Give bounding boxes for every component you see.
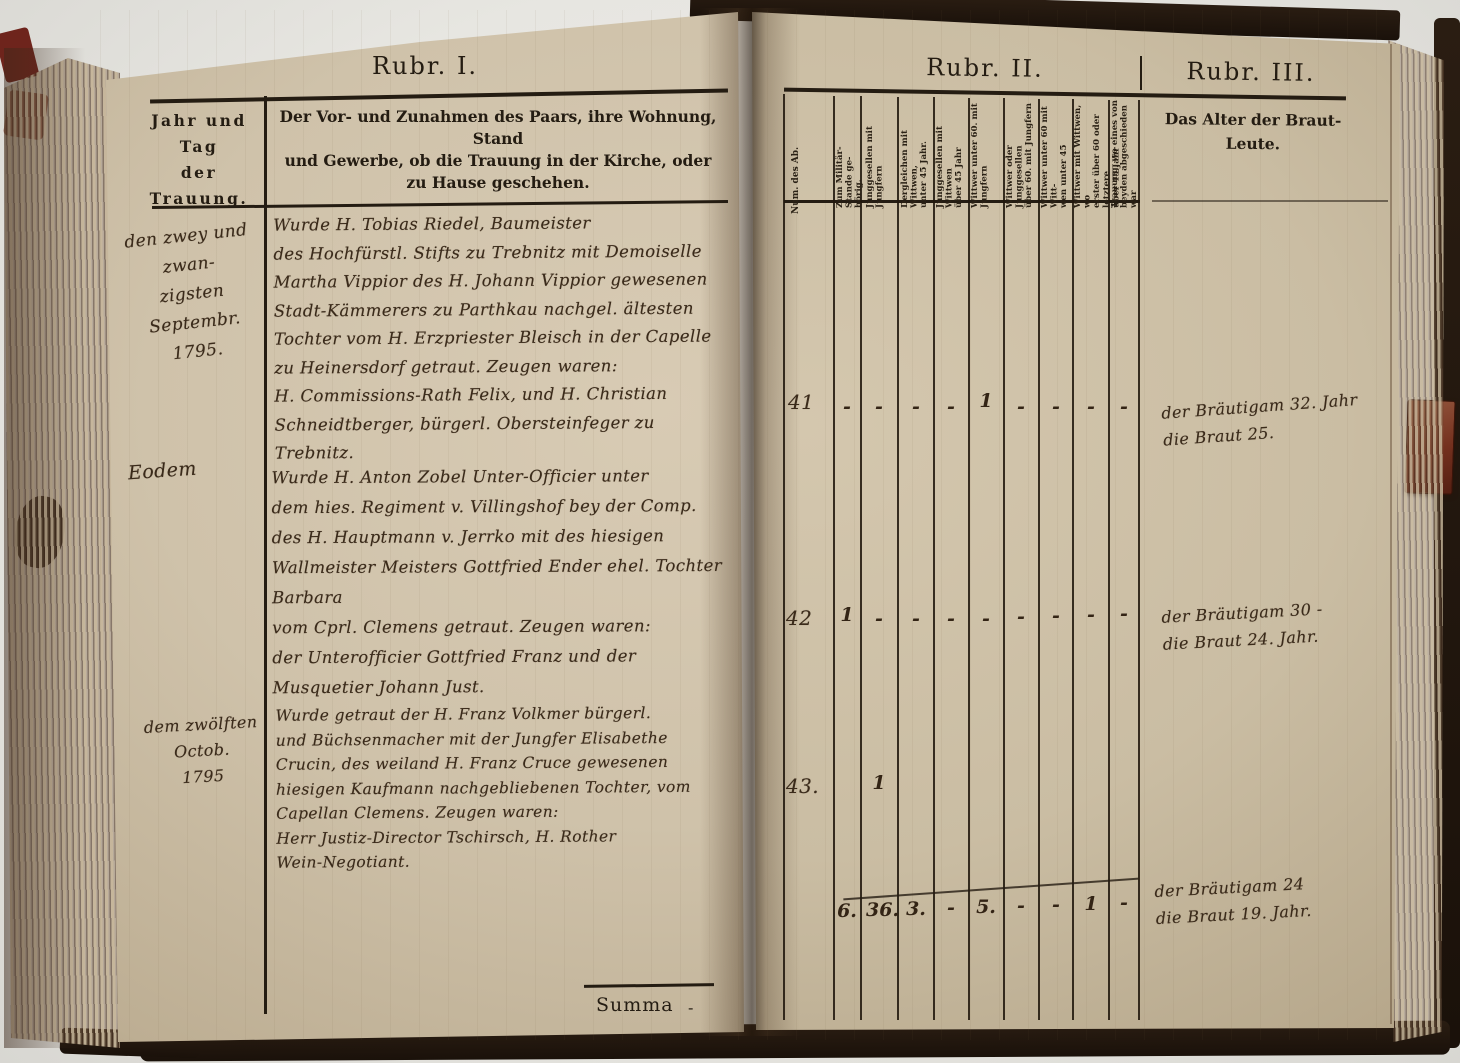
table-line-3 xyxy=(897,97,899,1020)
row-42-mark-cell: - xyxy=(973,608,999,630)
right-page-fore-edge xyxy=(1390,44,1392,1024)
row-43-number: 43. xyxy=(786,774,819,798)
rubric-2-title: Rubr. II. xyxy=(890,53,1080,84)
table-line-9 xyxy=(1108,100,1110,1020)
stat-col-header-wittwer-ueber60-jungfern: Wittwer oder Junggesellen über 60. mit J… xyxy=(1006,98,1035,208)
row-41-mark-cell: - xyxy=(834,396,860,418)
summa-suffix-dash: - xyxy=(688,998,693,1017)
summa-value-cell: - xyxy=(1043,894,1069,916)
summa-value-cell: 36. xyxy=(866,899,892,921)
row-42-mark-cell: - xyxy=(938,608,964,630)
table-line-7 xyxy=(1038,99,1040,1020)
summa-value-cell: 5. xyxy=(973,896,999,918)
table-line-10 xyxy=(1138,100,1140,1020)
stat-col-header-wittwer-wittwen-aeltere: Wittwer mit Wittwen, wo erster über 60 o… xyxy=(1074,98,1105,208)
row-41-mark-cell: - xyxy=(938,396,964,418)
rubric-title-divider xyxy=(1140,56,1142,90)
table-line-2 xyxy=(860,96,862,1020)
rubric3-header-bottom-rule xyxy=(1152,200,1388,202)
row-41-number: 41 xyxy=(788,390,814,414)
summa-label: Summa xyxy=(596,994,674,1016)
rubric-3-title: Rubr. III. xyxy=(1156,57,1346,88)
summa-value-cell: - xyxy=(938,897,964,919)
stat-col-header-junggesellen-jungfern: Junggesellen mit Jungfern xyxy=(866,98,894,208)
row-41-mark-cell: - xyxy=(1043,396,1069,418)
row-41-mark-cell: - xyxy=(1111,396,1137,418)
table-line-6 xyxy=(1003,98,1005,1020)
table-line-5 xyxy=(968,98,970,1020)
num-column-header: Num. des Ab. xyxy=(792,128,826,214)
stat-col-header-junggesellen-wittwen-ueber45: Junggesellen mit Wittwen über 45 Jahr xyxy=(936,98,965,208)
alter-column-header: Das Alter der Braut- Leute. xyxy=(1150,107,1356,157)
summa-value-cell: 3. xyxy=(903,898,929,920)
date-column-header: Jahr und Tag der Trauung. xyxy=(135,108,263,212)
entry-1-date: den zwey und zwan- zigsten Septembr. 179… xyxy=(105,214,279,375)
row-42-mark-cell: - xyxy=(903,608,929,630)
table-line-4 xyxy=(933,97,935,1020)
entry-2-text: Wurde H. Anton Zobel Unter-Officier unte… xyxy=(271,461,750,703)
row-41-mark-cell: - xyxy=(1078,396,1104,418)
entry-1-text: Wurde H. Tobias Riedel, Baumeister des H… xyxy=(273,208,737,468)
stat-col-header-wittwer-unter60-jungfern: Wittwer unter 60. mit Jungfern xyxy=(971,98,1000,208)
table-line-1 xyxy=(833,96,835,1020)
summa-value-cell: 6. xyxy=(834,900,860,922)
stat-col-header-militair: Zum Militär- Stande ge- hörig. xyxy=(836,98,860,208)
row-42-mark-cell: - xyxy=(866,608,892,630)
table-line-0 xyxy=(783,94,785,1020)
row-42-mark-cell: - xyxy=(1008,606,1034,628)
row-41-mark-cell: - xyxy=(866,396,892,418)
stat-col-header-wittwer-wittwen-unter45: Wittwer unter 60 mit Witt- wen unter 45 xyxy=(1041,98,1069,208)
row-42-mark-cell: 1 xyxy=(834,604,860,626)
summa-value-cell: 1 xyxy=(1078,893,1104,915)
entry-3-text: Wurde getraut der H. Franz Volkmer bürge… xyxy=(275,700,764,875)
photographed-register-book: Rubr. I. Jahr und Tag der Trauung. Der V… xyxy=(0,0,1460,1063)
names-column-header: Der Vor- und Zunahmen des Paars, ihre Wo… xyxy=(272,106,724,194)
row-42-mark-cell: - xyxy=(1043,605,1069,627)
row-42-ages: der Bräutigam 30 - die Braut 24. Jahr. xyxy=(1161,592,1384,657)
entry-3-date: dem zwölften Octob. 1795 xyxy=(120,708,284,794)
row-42-mark-cell: - xyxy=(1111,603,1137,625)
summa-value-cell: - xyxy=(1111,892,1137,914)
summa-value-cell: - xyxy=(1008,895,1034,917)
stat-col-header-trauung-abgeschieden: Trauung, wo eines von beyden abgeschiede… xyxy=(1111,98,1137,208)
stat-col-header-dergleichen-wittwen: Dergleichen mit Wittwen, unter 45 Jahr. xyxy=(901,98,930,208)
rubric-1-title: Rubr. I. xyxy=(330,52,520,80)
row-42-mark-cell: - xyxy=(1078,604,1104,626)
row-43-mark-cell: 1 xyxy=(866,772,892,794)
row-41-mark-cell: - xyxy=(903,396,929,418)
row-42-number: 42 xyxy=(786,606,812,630)
row-41-mark-cell: 1 xyxy=(973,390,999,412)
row-41-mark-cell: - xyxy=(1008,396,1034,418)
